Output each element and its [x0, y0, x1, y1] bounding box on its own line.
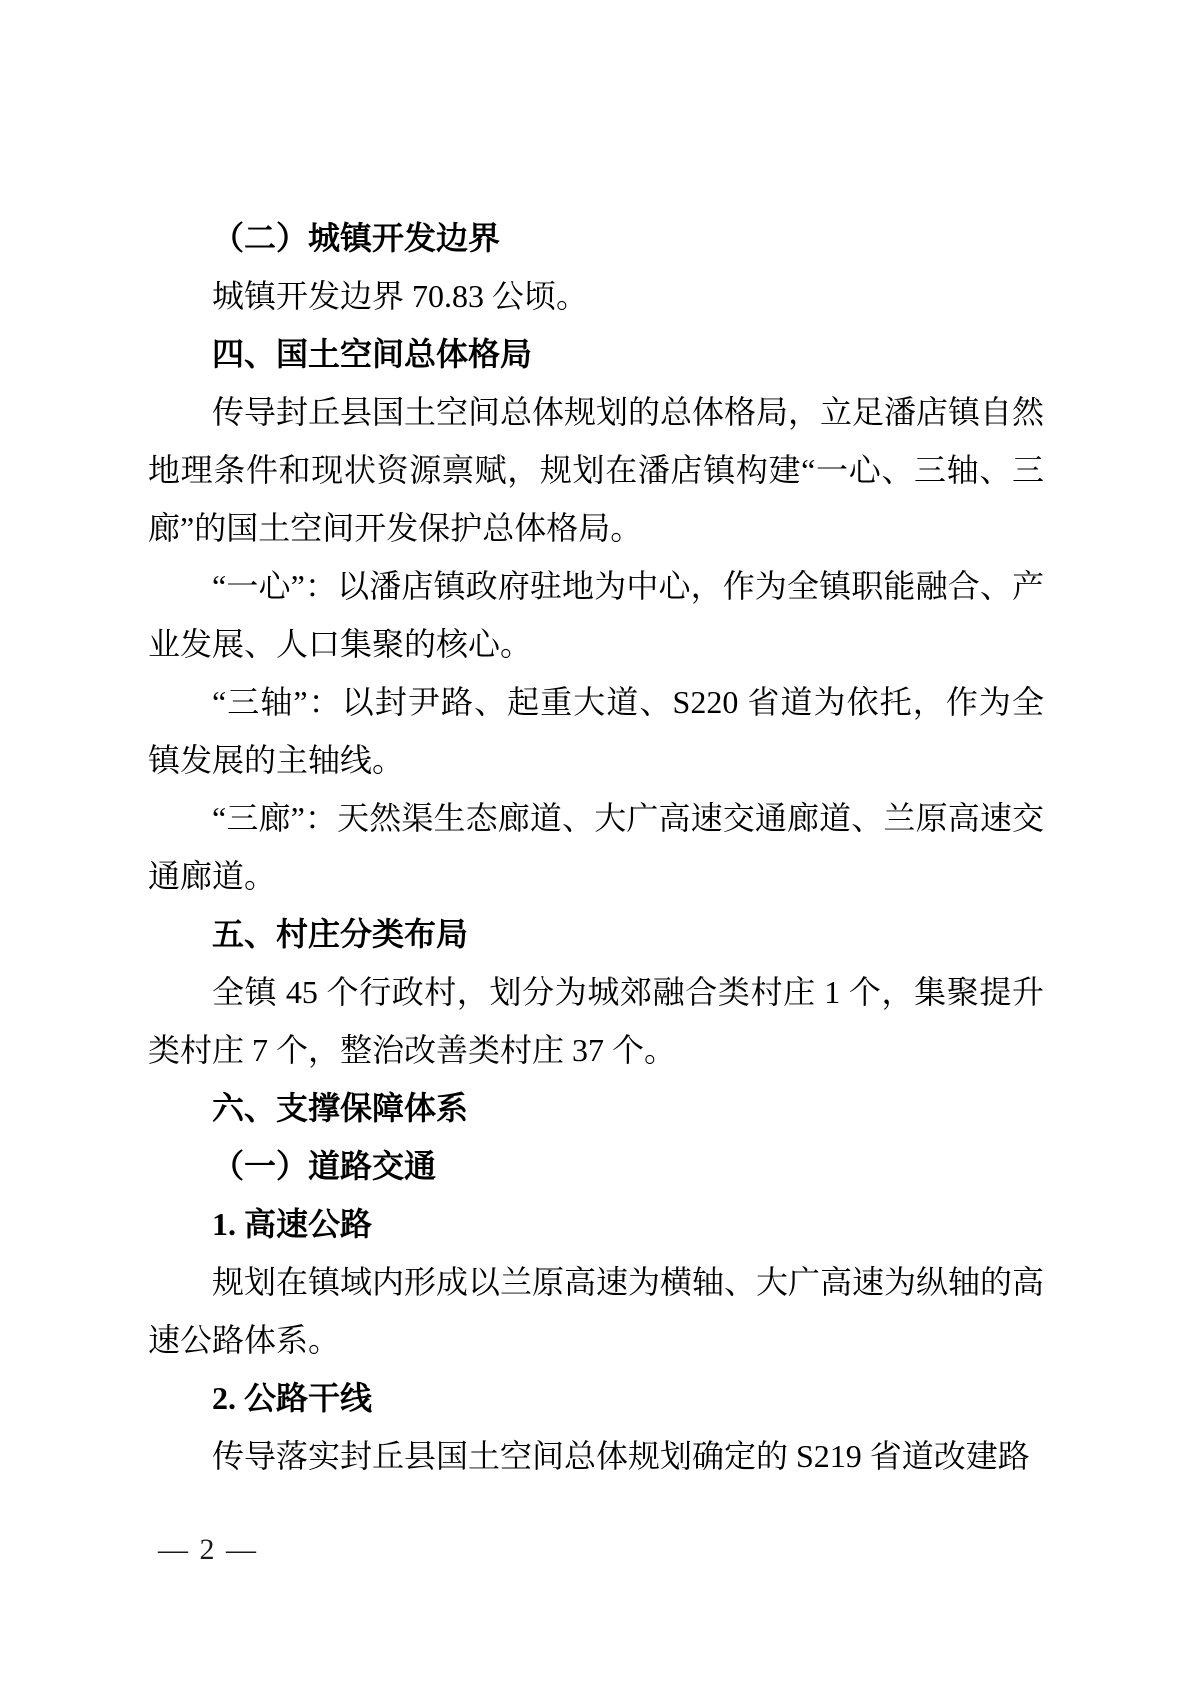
section-heading-village-classification: 五、村庄分类布局: [148, 905, 1044, 963]
sub-heading-trunk-roads: 2. 公路干线: [148, 1369, 1044, 1427]
paragraph-three-axes: “三轴”：以封尹路、起重大道、S220 省道为依托，作为全镇发展的主轴线。: [148, 673, 1044, 789]
section-heading-support-system: 六、支撑保障体系: [148, 1079, 1044, 1137]
paragraph-one-center: “一心”：以潘店镇政府驻地为中心，作为全镇职能融合、产业发展、人口集聚的核心。: [148, 557, 1044, 673]
page-number: — 2 —: [158, 1531, 258, 1569]
paragraph-territorial-pattern-overview: 传导封丘县国土空间总体规划的总体格局，立足潘店镇自然地理条件和现状资源禀赋，规划…: [148, 383, 1044, 557]
paragraph-urban-development-boundary: 城镇开发边界 70.83 公顷。: [148, 267, 1044, 325]
document-page: （二）城镇开发边界 城镇开发边界 70.83 公顷。 四、国土空间总体格局 传导…: [0, 0, 1190, 1683]
paragraph-trunk-roads: 传导落实封丘县国土空间总体规划确定的 S219 省道改建路: [148, 1427, 1044, 1485]
document-body: （二）城镇开发边界 城镇开发边界 70.83 公顷。 四、国土空间总体格局 传导…: [148, 209, 1044, 1485]
paragraph-expressway: 规划在镇域内形成以兰原高速为横轴、大广高速为纵轴的高速公路体系。: [148, 1253, 1044, 1369]
paragraph-three-corridors: “三廊”：天然渠生态廊道、大广高速交通廊道、兰原高速交通廊道。: [148, 789, 1044, 905]
paragraph-village-classification: 全镇 45 个行政村，划分为城郊融合类村庄 1 个，集聚提升类村庄 7 个，整治…: [148, 963, 1044, 1079]
subsection-heading-road-traffic: （一）道路交通: [148, 1137, 1044, 1195]
section-heading-territorial-spatial-pattern: 四、国土空间总体格局: [148, 325, 1044, 383]
subsection-heading-urban-development-boundary: （二）城镇开发边界: [148, 209, 1044, 267]
sub-heading-expressway: 1. 高速公路: [148, 1195, 1044, 1253]
